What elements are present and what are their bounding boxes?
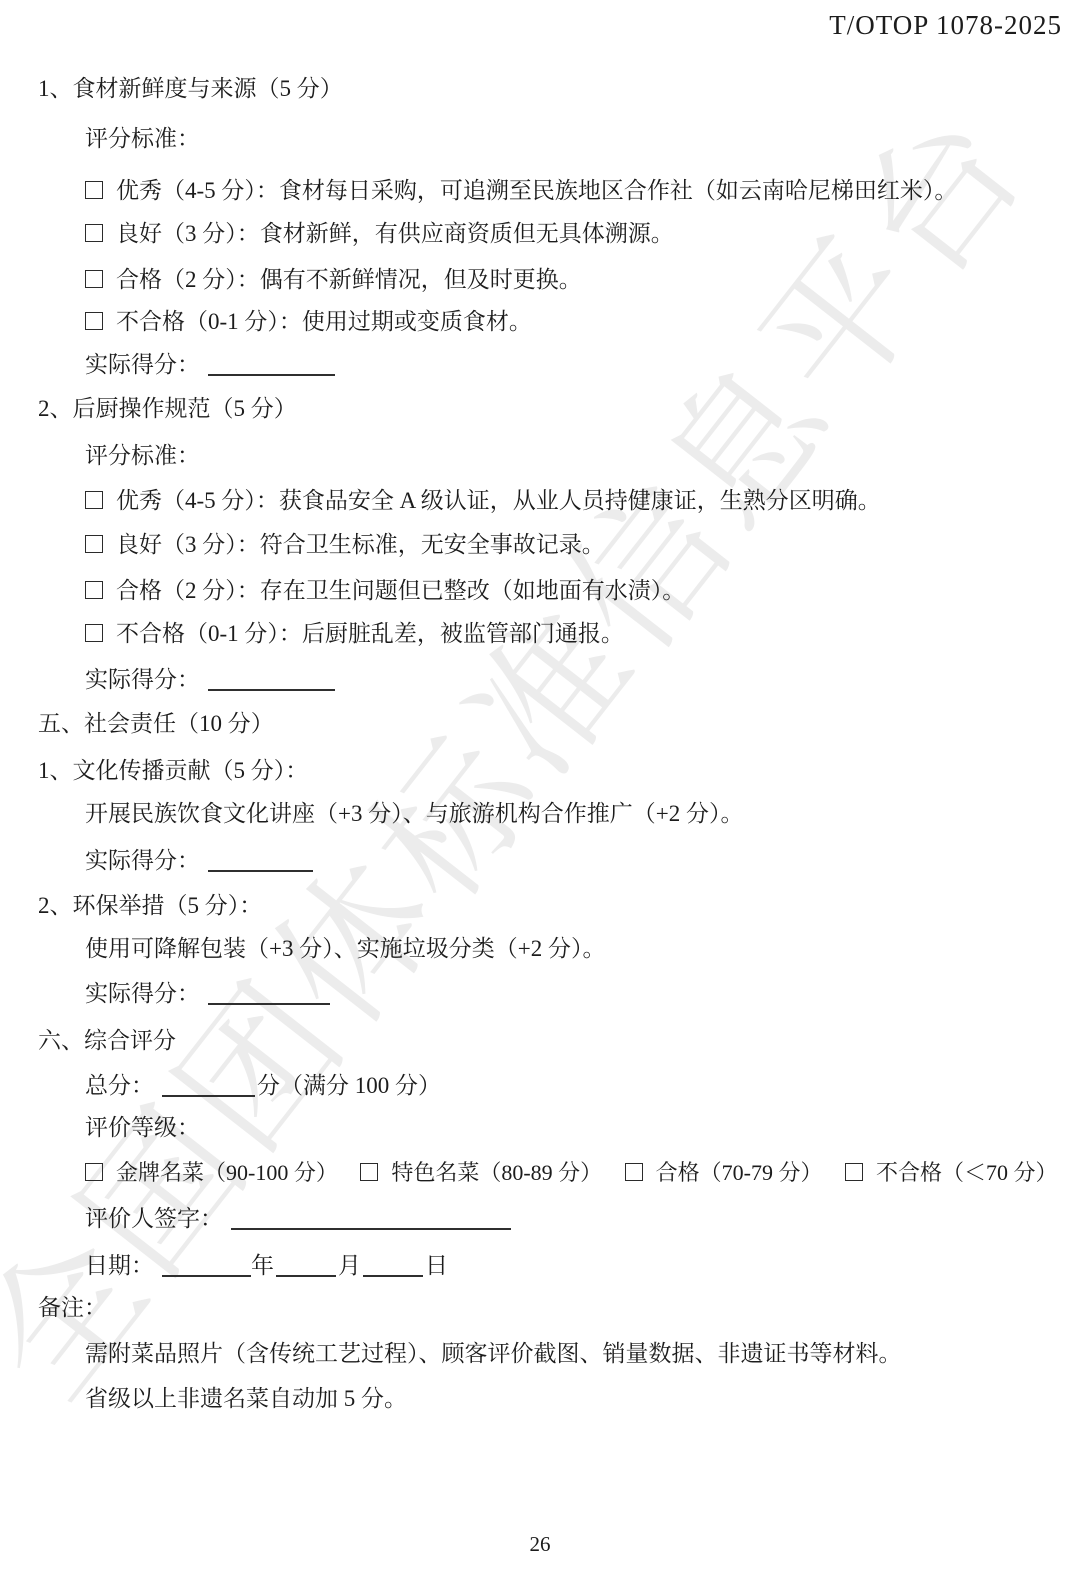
score-label: 实际得分： bbox=[85, 848, 200, 873]
signer-line: 评价人签字： bbox=[85, 1204, 511, 1234]
document-page: 全国团体标准信息平台 T/OTOP 1078-2025 1、食材新鲜度与来源（5… bbox=[0, 0, 1080, 1574]
section2-score-line: 实际得分： bbox=[85, 665, 335, 695]
section1-option-excellent: 优秀（4-5 分）：食材每日采购，可追溯至民族地区合作社（如云南哈尼梯田红米）。 bbox=[85, 176, 957, 206]
checkbox-icon[interactable] bbox=[85, 1163, 103, 1181]
score-blank-field[interactable] bbox=[208, 983, 330, 1005]
date-year-blank-field[interactable] bbox=[162, 1255, 251, 1277]
section5-sub2-title: 2、环保举措（5 分）： bbox=[38, 891, 262, 921]
section1-option-fail: 不合格（0-1 分）：使用过期或变质食材。 bbox=[85, 307, 532, 337]
checkbox-icon[interactable] bbox=[85, 491, 103, 509]
grade-option-gold: 金牌名菜（90-100 分） bbox=[85, 1160, 338, 1185]
section2-option-pass: 合格（2 分）：存在卫生问题但已整改（如地面有水渍）。 bbox=[85, 576, 685, 606]
total-score-label: 总分： bbox=[85, 1073, 154, 1098]
score-blank-field[interactable] bbox=[208, 354, 335, 376]
score-label: 实际得分： bbox=[85, 667, 200, 692]
checkbox-icon[interactable] bbox=[85, 312, 103, 330]
option-label: 良好（3 分）：食材新鲜，有供应商资质但无具体溯源。 bbox=[116, 221, 674, 246]
section1-option-good: 良好（3 分）：食材新鲜，有供应商资质但无具体溯源。 bbox=[85, 219, 674, 249]
section5-title: 五、社会责任（10 分） bbox=[38, 709, 274, 739]
option-label: 良好（3 分）：符合卫生标准，无安全事故记录。 bbox=[116, 532, 605, 557]
score-blank-field[interactable] bbox=[208, 850, 313, 872]
section5-sub2-score-line: 实际得分： bbox=[85, 979, 330, 1009]
option-label: 合格（2 分）：偶有不新鲜情况，但及时更换。 bbox=[116, 267, 582, 292]
checkbox-icon[interactable] bbox=[85, 535, 103, 553]
score-label: 实际得分： bbox=[85, 352, 200, 377]
total-score-suffix: 分（满分 100 分） bbox=[257, 1073, 441, 1098]
date-year-label: 年 bbox=[251, 1253, 274, 1278]
date-month-blank-field[interactable] bbox=[276, 1255, 336, 1277]
date-day-blank-field[interactable] bbox=[363, 1255, 423, 1277]
date-label: 日期： bbox=[85, 1253, 154, 1278]
section2-title: 2、后厨操作规范（5 分） bbox=[38, 394, 297, 424]
option-label: 不合格（0-1 分）：使用过期或变质食材。 bbox=[116, 309, 532, 334]
grade-option-label: 金牌名菜（90-100 分） bbox=[116, 1160, 338, 1185]
score-blank-field[interactable] bbox=[208, 669, 335, 691]
section2-option-excellent: 优秀（4-5 分）：获食品安全 A 级认证，从业人员持健康证，生熟分区明确。 bbox=[85, 486, 881, 516]
checkbox-icon[interactable] bbox=[85, 181, 103, 199]
option-label: 合格（2 分）：存在卫生问题但已整改（如地面有水渍）。 bbox=[116, 578, 685, 603]
grade-option-fail: 不合格（＜70 分） bbox=[845, 1160, 1058, 1185]
signature-blank-field[interactable] bbox=[231, 1208, 511, 1230]
section5-sub2-desc: 使用可降解包装（+3 分）、实施垃圾分类（+2 分）。 bbox=[85, 934, 605, 964]
section1-option-pass: 合格（2 分）：偶有不新鲜情况，但及时更换。 bbox=[85, 265, 582, 295]
section1-score-line: 实际得分： bbox=[85, 350, 335, 380]
notes-item-bonus: 省级以上非遗名菜自动加 5 分。 bbox=[85, 1384, 407, 1414]
option-label: 不合格（0-1 分）：后厨脏乱差，被监管部门通报。 bbox=[116, 621, 624, 646]
section2-criteria-label: 评分标准： bbox=[85, 441, 200, 471]
grade-option-label: 特色名菜（80-89 分） bbox=[391, 1160, 602, 1185]
checkbox-icon[interactable] bbox=[85, 581, 103, 599]
checkbox-icon[interactable] bbox=[845, 1163, 863, 1181]
section2-option-fail: 不合格（0-1 分）：后厨脏乱差，被监管部门通报。 bbox=[85, 619, 624, 649]
checkbox-icon[interactable] bbox=[85, 224, 103, 242]
score-label: 实际得分： bbox=[85, 981, 200, 1006]
total-score-blank-field[interactable] bbox=[162, 1075, 255, 1097]
section1-title: 1、食材新鲜度与来源（5 分） bbox=[38, 74, 343, 104]
grade-options-row: 金牌名菜（90-100 分） 特色名菜（80-89 分） 合格（70-79 分）… bbox=[85, 1158, 1058, 1188]
grade-option-label: 不合格（＜70 分） bbox=[876, 1160, 1058, 1185]
section5-sub1-score-line: 实际得分： bbox=[85, 846, 313, 876]
signer-label: 评价人签字： bbox=[85, 1206, 223, 1231]
date-day-label: 日 bbox=[425, 1253, 448, 1278]
section5-sub1-title: 1、文化传播贡献（5 分）： bbox=[38, 756, 308, 786]
checkbox-icon[interactable] bbox=[85, 270, 103, 288]
section1-criteria-label: 评分标准： bbox=[85, 124, 200, 154]
section6-title: 六、综合评分 bbox=[38, 1026, 176, 1056]
total-score-line: 总分：分（满分 100 分） bbox=[85, 1071, 441, 1101]
option-label: 优秀（4-5 分）：获食品安全 A 级认证，从业人员持健康证，生熟分区明确。 bbox=[116, 488, 881, 513]
checkbox-icon[interactable] bbox=[360, 1163, 378, 1181]
standard-code-header: T/OTOP 1078-2025 bbox=[829, 10, 1062, 41]
notes-label: 备注： bbox=[38, 1293, 107, 1323]
notes-item-materials: 需附菜品照片（含传统工艺过程）、顾客评价截图、销量数据、非遗证书等材料。 bbox=[85, 1339, 902, 1369]
grade-label: 评价等级： bbox=[85, 1113, 200, 1143]
grade-option-special: 特色名菜（80-89 分） bbox=[360, 1160, 602, 1185]
checkbox-icon[interactable] bbox=[85, 624, 103, 642]
option-label: 优秀（4-5 分）：食材每日采购，可追溯至民族地区合作社（如云南哈尼梯田红米）。 bbox=[116, 178, 957, 203]
date-line: 日期：年月日 bbox=[85, 1251, 448, 1281]
grade-option-label: 合格（70-79 分） bbox=[656, 1160, 823, 1185]
grade-option-pass: 合格（70-79 分） bbox=[625, 1160, 823, 1185]
section5-sub1-desc: 开展民族饮食文化讲座（+3 分）、与旅游机构合作推广（+2 分）。 bbox=[85, 799, 743, 829]
date-month-label: 月 bbox=[338, 1253, 361, 1278]
section2-option-good: 良好（3 分）：符合卫生标准，无安全事故记录。 bbox=[85, 530, 605, 560]
checkbox-icon[interactable] bbox=[625, 1163, 643, 1181]
page-number: 26 bbox=[0, 1532, 1080, 1557]
